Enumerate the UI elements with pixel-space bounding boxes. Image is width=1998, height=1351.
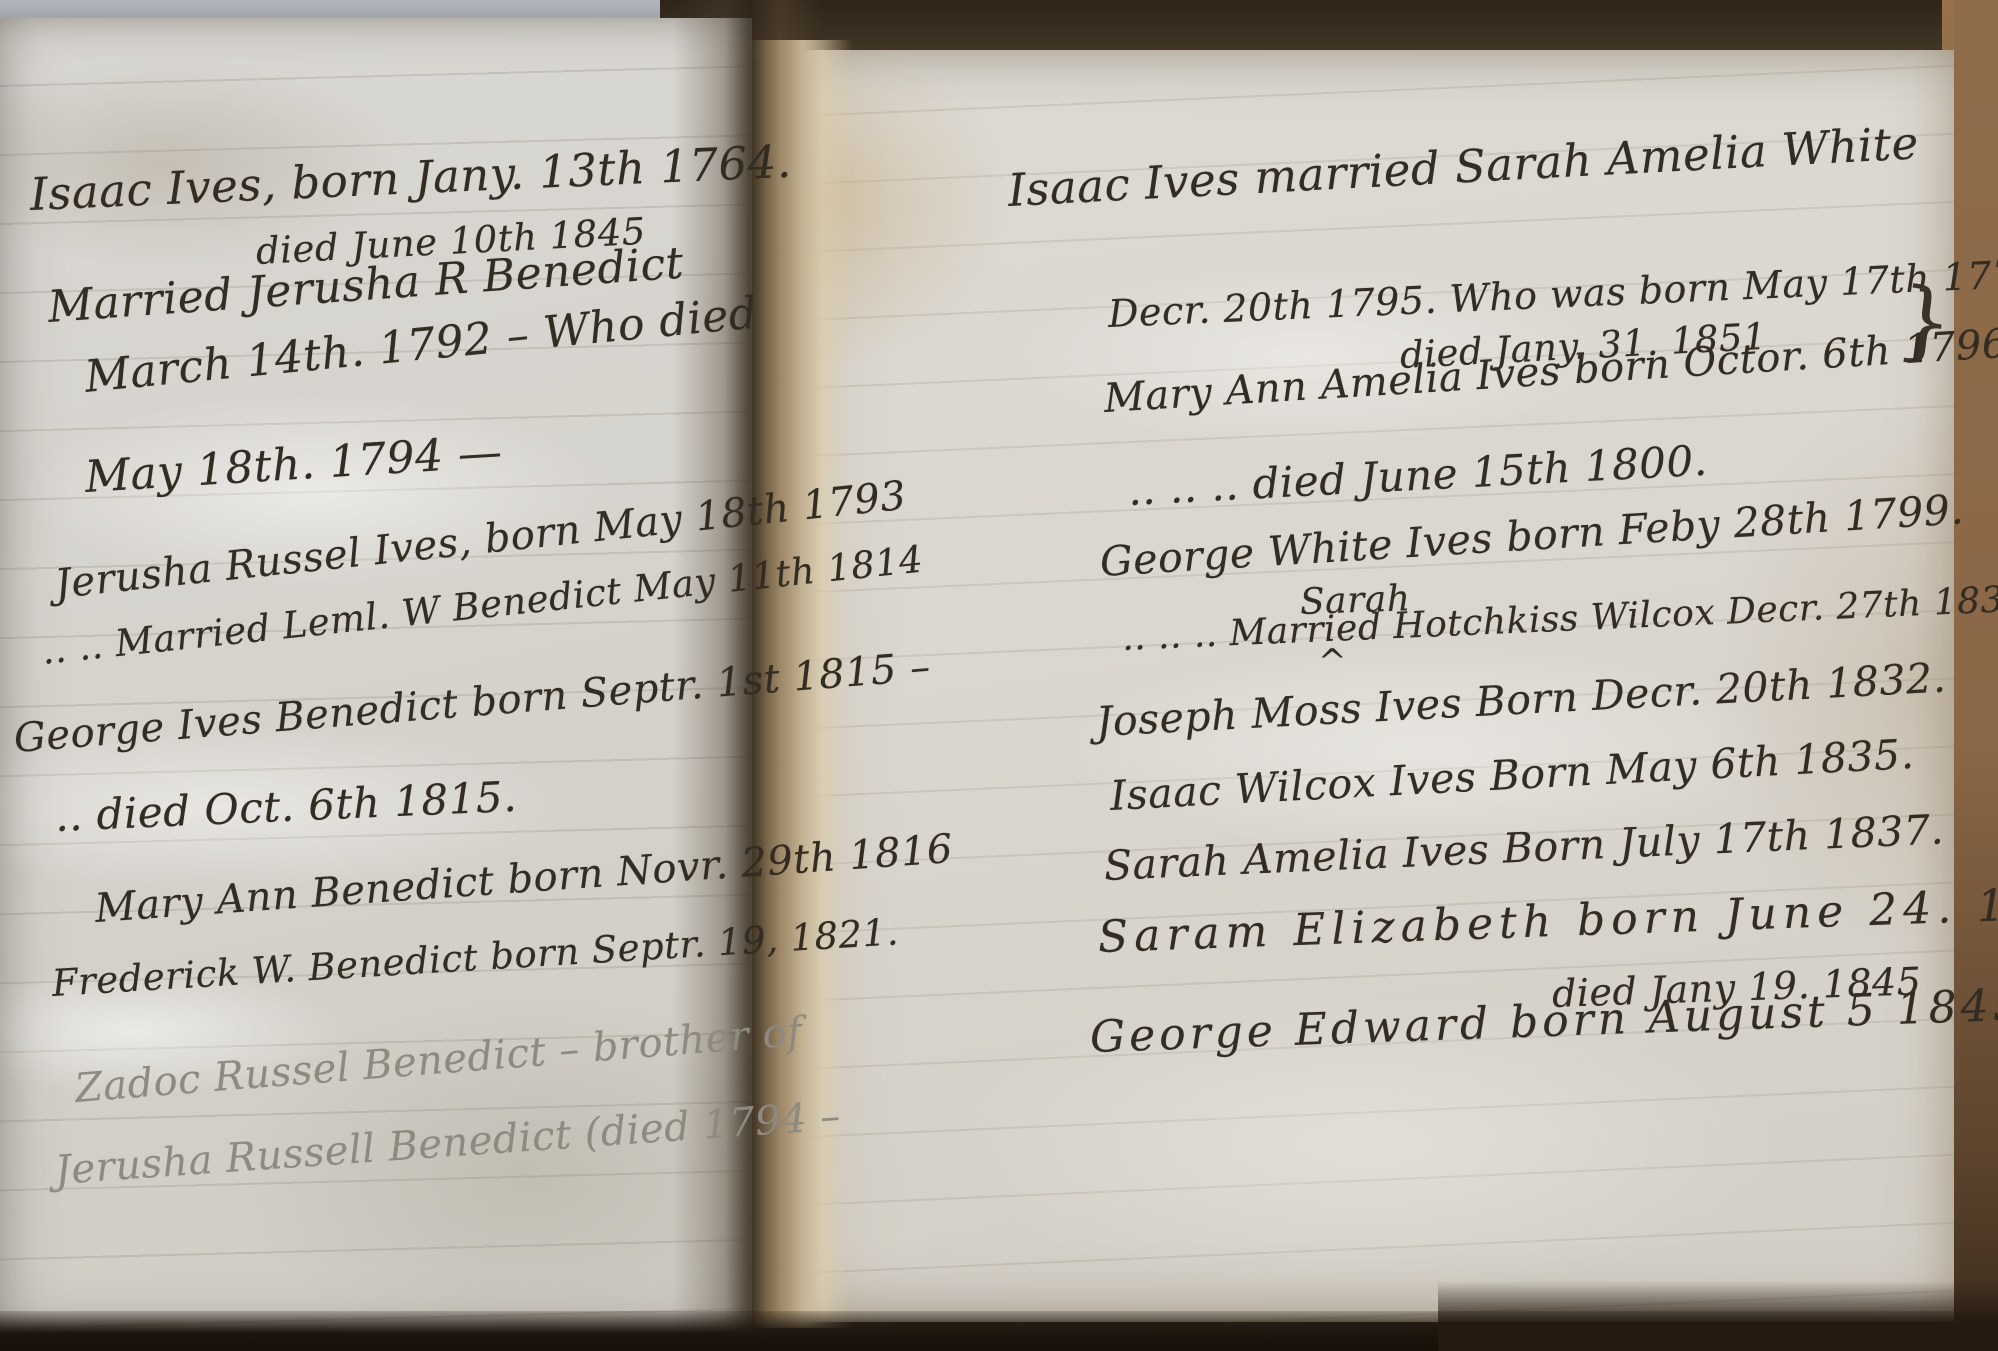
family-record-book-photo: Isaac Ives, born Jany. 13th 1764. died J… — [0, 0, 1998, 1351]
book-cover-right-edge — [1954, 0, 1998, 1351]
book-bottom-right-shadow — [1438, 1281, 1998, 1351]
